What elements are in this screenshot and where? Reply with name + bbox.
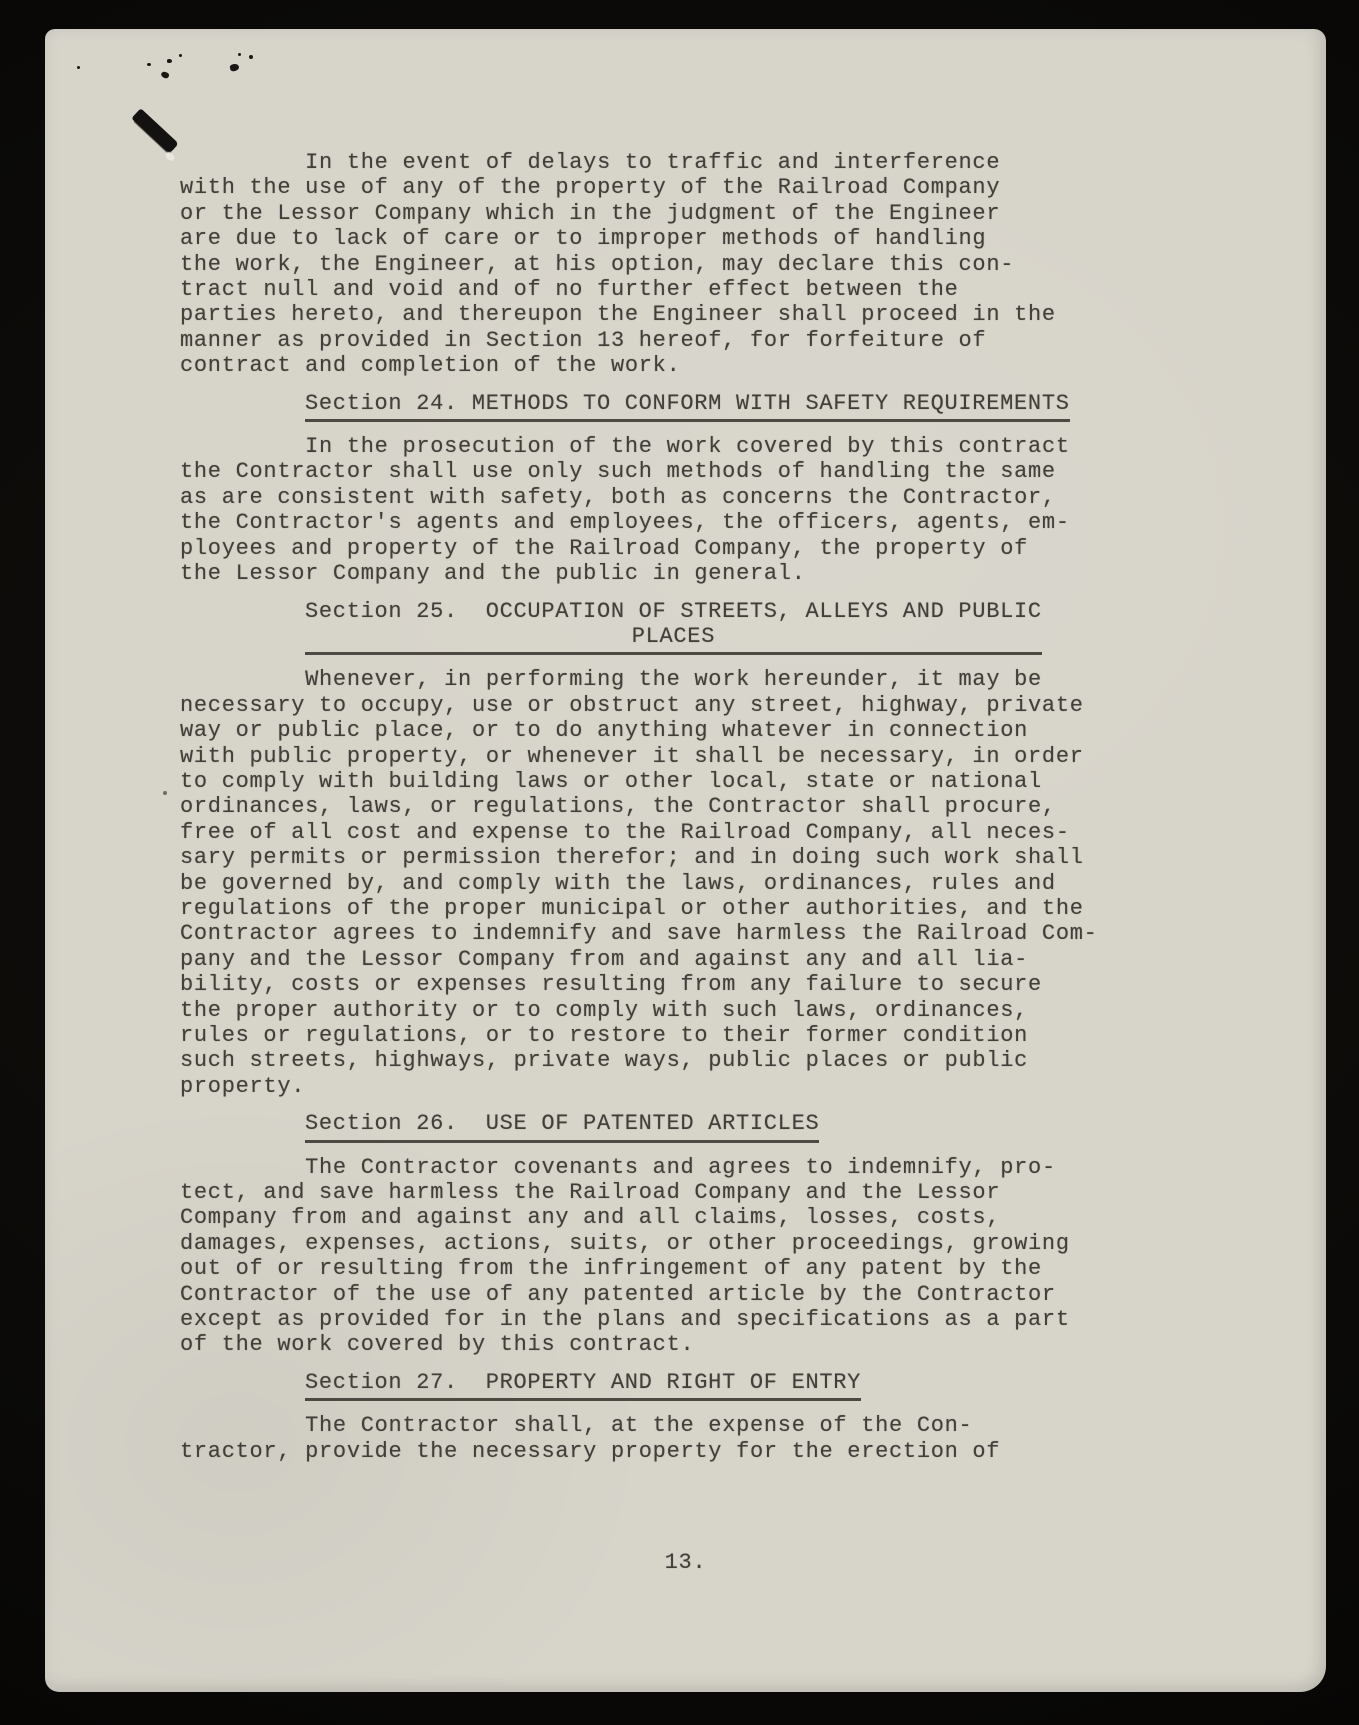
paragraph-occupation-streets: Whenever, in performing the work hereund… xyxy=(180,667,1130,1099)
section-heading-27: Section 27. PROPERTY AND RIGHT OF ENTRY xyxy=(305,1370,861,1401)
paragraph-property-right-of-entry: The Contractor shall, at the expense of … xyxy=(180,1413,1130,1464)
ink-speck xyxy=(163,791,167,795)
section-heading-26-text: Section 26. USE OF PATENTED ARTICLES xyxy=(305,1111,819,1136)
section-heading-24: Section 24. METHODS TO CONFORM WITH SAFE… xyxy=(305,391,1070,422)
document-page: In the event of delays to traffic and in… xyxy=(45,29,1326,1692)
paragraph-patented-articles: The Contractor covenants and agrees to i… xyxy=(180,1155,1130,1358)
ink-speck xyxy=(77,66,80,69)
text-column: In the event of delays to traffic and in… xyxy=(180,29,1130,1464)
ink-speck xyxy=(249,55,253,59)
ink-smudge-mark xyxy=(131,108,179,154)
section-heading-26: Section 26. USE OF PATENTED ARTICLES xyxy=(305,1111,819,1142)
paragraph-delays-to-traffic: In the event of delays to traffic and in… xyxy=(180,150,1130,379)
ink-speck xyxy=(238,53,241,56)
section-heading-25-text: Section 25. OCCUPATION OF STREETS, ALLEY… xyxy=(305,599,1042,624)
section-heading-24-text: Section 24. METHODS TO CONFORM WITH SAFE… xyxy=(305,391,1070,416)
ink-speck xyxy=(147,63,151,66)
ink-speck xyxy=(167,59,172,63)
paragraph-methods-safety: In the prosecution of the work covered b… xyxy=(180,434,1130,586)
photo-backdrop: In the event of delays to traffic and in… xyxy=(0,0,1359,1725)
ink-speck xyxy=(160,71,170,79)
section-heading-25-text-line2: PLACES xyxy=(305,624,1042,649)
section-heading-25: Section 25. OCCUPATION OF STREETS, ALLEY… xyxy=(305,599,1042,656)
ink-speck xyxy=(179,54,182,57)
section-heading-27-text: Section 27. PROPERTY AND RIGHT OF ENTRY xyxy=(305,1370,861,1395)
paper-tear-highlight xyxy=(164,151,176,163)
page-number: 13. xyxy=(45,1550,1326,1575)
